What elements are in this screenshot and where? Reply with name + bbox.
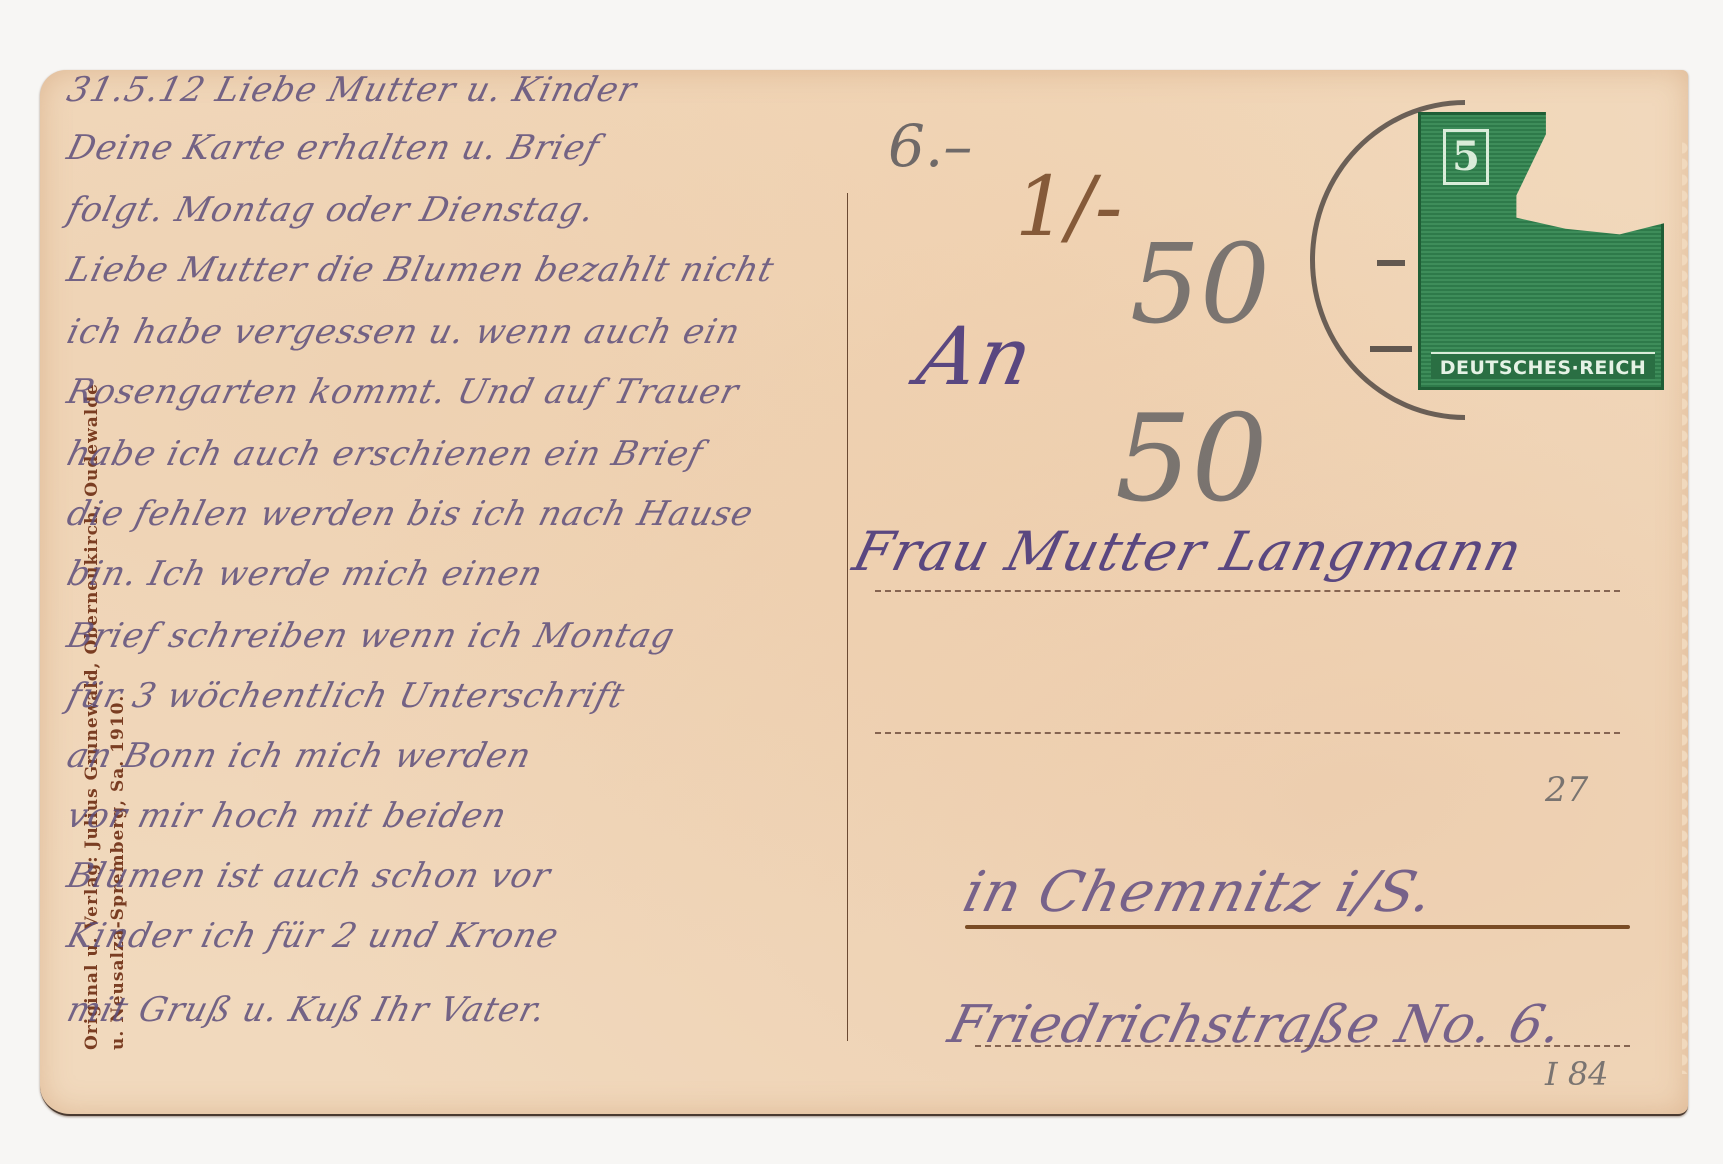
stamp-value: 5: [1443, 129, 1489, 185]
message-line: habe ich auch erschienen ein Brief: [63, 434, 707, 474]
message-line: die fehlen werden bis ich nach Hause: [63, 494, 758, 534]
message-line: vor mir hoch mit beiden: [63, 796, 511, 836]
address-line-2: in Chemnitz i/S.: [957, 860, 1441, 925]
pencil-note-50-middle: 50: [1115, 390, 1268, 529]
pencil-corner-note: I 84: [1545, 1055, 1609, 1093]
pencil-note-27: 27: [1545, 770, 1588, 810]
message-line: 31.5.12 Liebe Mutter u. Kinder: [63, 70, 641, 110]
postmark-bar: [1377, 260, 1405, 266]
corner-note: 6.–: [888, 112, 972, 180]
postcard: Original u. Verlag: Julius Grunewald, Ob…: [40, 70, 1688, 1116]
address-salutation: An: [910, 310, 1041, 403]
message-line: bin. Ich werde mich einen: [63, 554, 547, 594]
address-dashed-line-3: [975, 1045, 1630, 1047]
message-line: Brief schreiben wenn ich Montag: [63, 616, 679, 656]
address-dashed-line-2: [875, 732, 1620, 734]
message-line: Rosengarten kommt. Und auf Trauer: [63, 372, 743, 412]
perforated-edge: [1682, 140, 1694, 1074]
stamp-country-label: DEUTSCHES·REICH: [1431, 352, 1655, 379]
message-line: folgt. Montag oder Dienstag.: [63, 190, 599, 230]
message-line: Kinder ich für 2 und Krone: [63, 916, 563, 956]
address-line-1: Frau Mutter Langmann: [847, 520, 1529, 583]
address-dashed-line-1: [875, 590, 1620, 592]
postage-stamp: 5 DEUTSCHES·REICH: [1418, 112, 1664, 390]
message-line: ich habe vergessen u. wenn auch ein: [63, 312, 745, 352]
message-line: Blumen ist auch schon vor: [63, 856, 555, 896]
brown-ink-note: 1/-: [1015, 160, 1123, 255]
message-line: für 3 wöchentlich Unterschrift: [63, 676, 629, 716]
message-line: an Bonn ich mich werden: [63, 736, 536, 776]
pencil-note-50-top: 50: [1130, 220, 1270, 348]
center-divider: [847, 193, 848, 1041]
message-line: Liebe Mutter die Blumen bezahlt nicht: [63, 250, 779, 290]
postmark-bar: [1370, 346, 1412, 352]
message-line: Deine Karte erhalten u. Brief: [63, 128, 604, 168]
message-line: mit Gruß u. Kuß Ihr Vater.: [63, 990, 550, 1030]
address-underline-solid: [965, 925, 1630, 929]
